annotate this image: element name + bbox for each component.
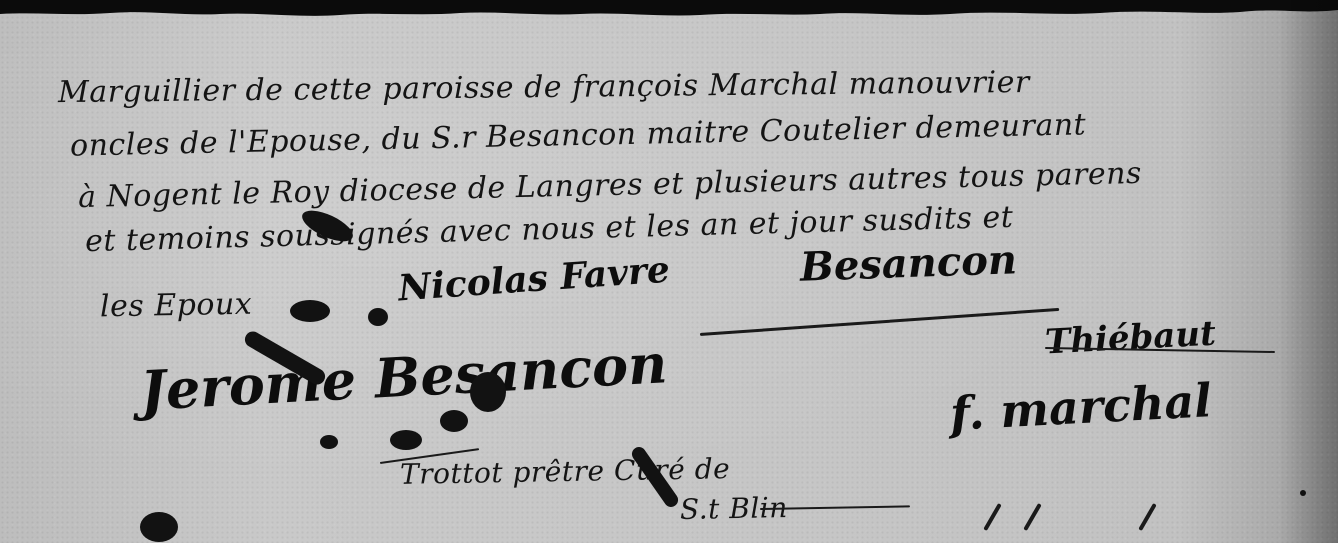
ink-blot: [470, 372, 506, 412]
ink-blot: [290, 300, 330, 322]
signature-thiebaut: Thiébaut: [1044, 314, 1217, 363]
body-line-5: les Epoux: [100, 287, 253, 325]
cutoff-stroke: [983, 503, 1001, 531]
cutoff-stroke: [1138, 503, 1156, 531]
body-line-2: oncles de l'Epouse, du S.r Besancon mait…: [70, 107, 1087, 163]
ink-blot: [440, 410, 468, 432]
cutoff-stroke: [1023, 503, 1041, 531]
cure-signature-line-1: Trottot prêtre Curé de: [400, 452, 731, 491]
ink-blot: [320, 435, 338, 449]
signature-nicolas-favre: Nicolas Favre: [397, 249, 671, 310]
signature-flourish: [700, 308, 1059, 336]
ink-blot: [368, 308, 388, 326]
signature-besancon: Besancon: [799, 236, 1017, 291]
signature-jerome-besancon: Jerome Besancon: [139, 331, 669, 423]
torn-top-edge: [0, 0, 1338, 24]
ink-blot: [1300, 490, 1306, 496]
manuscript-page: Marguillier de cette paroisse de françoi…: [0, 0, 1338, 543]
ink-blot: [140, 512, 178, 542]
signature-f-marchal: f. marchal: [949, 373, 1213, 441]
body-line-1: Marguillier de cette paroisse de françoi…: [58, 65, 1030, 110]
page-edge-shadow: [1278, 0, 1338, 543]
ink-blot: [390, 430, 422, 450]
